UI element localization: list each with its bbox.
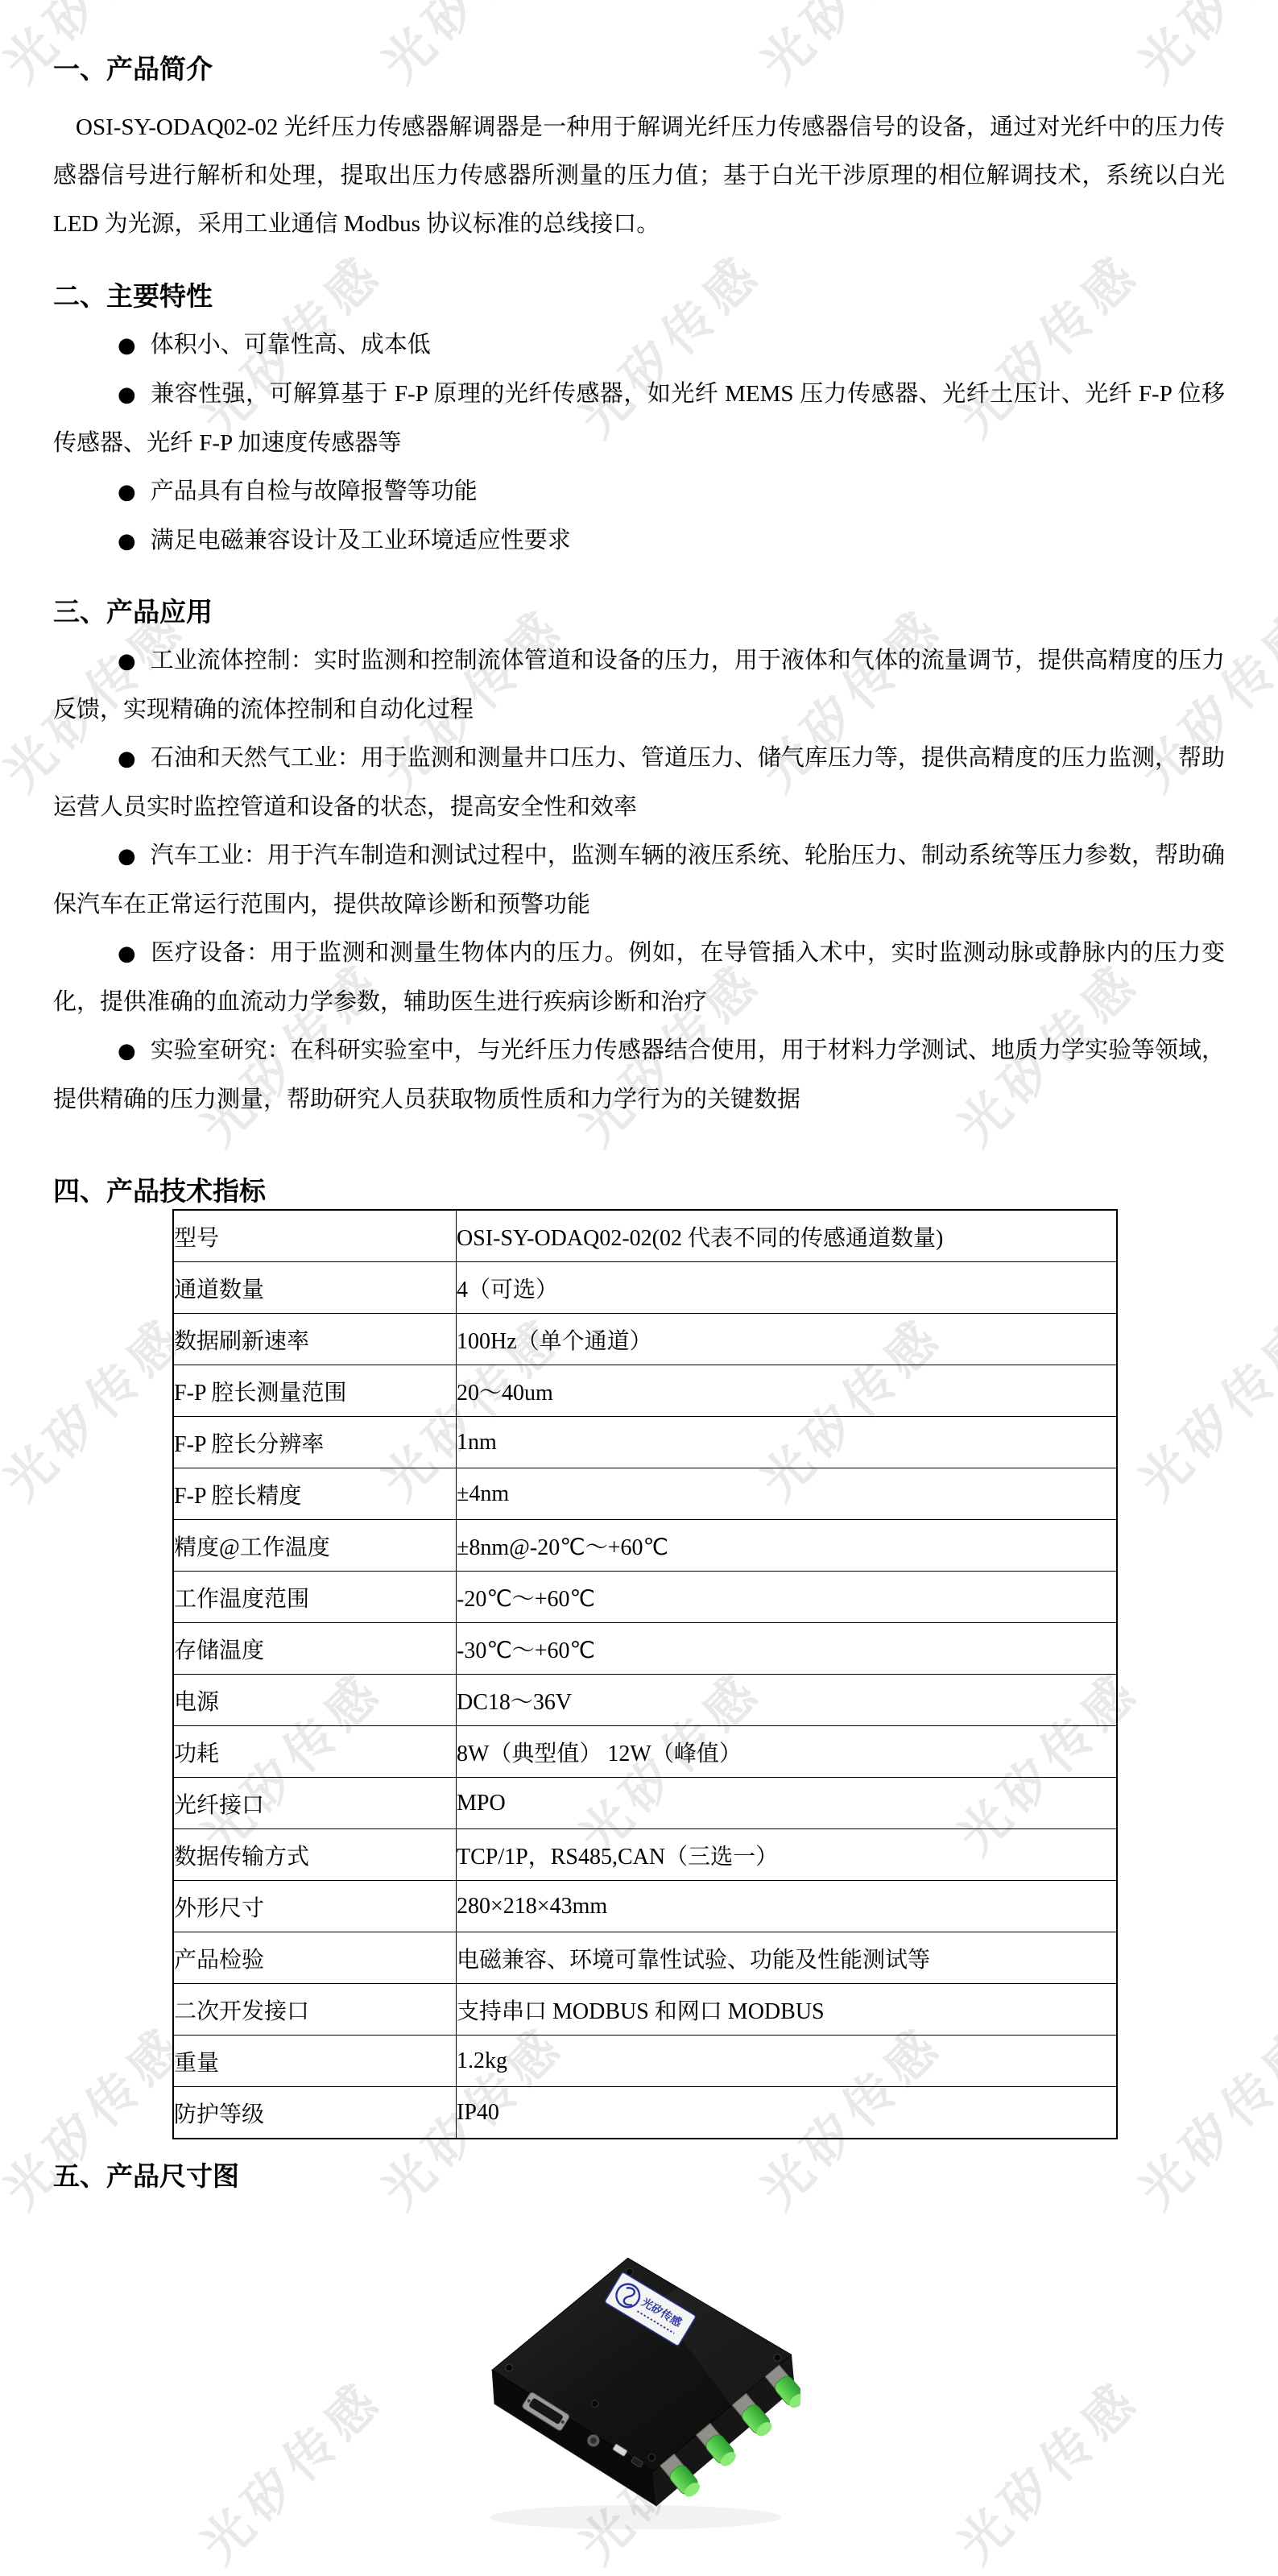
spec-value: IP40 — [457, 2087, 1118, 2139]
bullet-icon: ● — [118, 480, 136, 504]
section-heading-applications: 三、产品应用 — [53, 588, 1225, 636]
spec-row: 二次开发接口支持串口 MODBUS 和网口 MODBUS — [173, 1984, 1117, 2036]
spec-row: 存储温度-30℃～+60℃ — [173, 1623, 1117, 1675]
spec-value: ±4nm — [457, 1468, 1118, 1520]
spec-row: 产品检验电磁兼容、环境可靠性试验、功能及性能测试等 — [173, 1932, 1117, 1984]
feature-item: ●产品具有自检与故障报警等功能 — [53, 467, 1225, 516]
spec-row: 工作温度范围-20℃～+60℃ — [173, 1572, 1117, 1623]
application-item-text: 汽车工业：用于汽车制造和测试过程中，监测车辆的液压系统、轮胎压力、制动系统等压力… — [53, 843, 1225, 917]
application-item-text: 医疗设备：用于监测和测量生物体内的压力。例如，在导管插入术中，实时监测动脉或静脉… — [53, 940, 1225, 1015]
spec-value: DC18～36V — [457, 1675, 1118, 1726]
spec-label: 工作温度范围 — [173, 1572, 457, 1623]
bullet-icon: ● — [118, 844, 136, 868]
spec-row: 外形尺寸280×218×43mm — [173, 1881, 1117, 1932]
intro-paragraph: OSI-SY-ODAQ02-02 光纤压力传感器解调器是一种用于解调光纤压力传感… — [53, 103, 1225, 248]
spec-value: 8W（典型值） 12W（峰值） — [457, 1726, 1118, 1778]
application-item: ●汽车工业：用于汽车制造和测试过程中，监测车辆的液压系统、轮胎压力、制动系统等压… — [53, 831, 1225, 929]
spec-value: 280×218×43mm — [457, 1881, 1118, 1932]
feature-item: ●体积小、可靠性高、成本低 — [53, 321, 1225, 370]
bullet-icon: ● — [118, 333, 136, 358]
feature-item-text: 兼容性强，可解算基于 F-P 原理的光纤传感器，如光纤 MEMS 压力传感器、光… — [53, 381, 1225, 456]
document-page: 光矽传感光矽传感光矽传感光矽传感光矽传感光矽传感光矽传感光矽传感光矽传感光矽传感… — [0, 0, 1278, 2576]
spec-row: 电源DC18～36V — [173, 1675, 1117, 1726]
spec-label: 精度@工作温度 — [173, 1520, 457, 1572]
bullet-icon: ● — [118, 942, 136, 966]
feature-item-text: 体积小、可靠性高、成本低 — [151, 332, 431, 358]
spec-label: 数据刷新速率 — [173, 1314, 457, 1365]
spec-label: 外形尺寸 — [173, 1881, 457, 1932]
spec-row: 数据传输方式TCP/1P，RS485,CAN（三选一） — [173, 1829, 1117, 1881]
spec-label: 防护等级 — [173, 2087, 457, 2139]
spec-label: 存储温度 — [173, 1623, 457, 1675]
section-heading-intro: 一、产品简介 — [53, 45, 1225, 93]
spec-row: 功耗8W（典型值） 12W（峰值） — [173, 1726, 1117, 1778]
spec-label: 电源 — [173, 1675, 457, 1726]
spec-row: 数据刷新速率100Hz（单个通道） — [173, 1314, 1117, 1365]
application-item: ●实验室研究：在科研实验室中，与光纤压力传感器结合使用，用于材料力学测试、地质力… — [53, 1026, 1225, 1124]
spec-value: 电磁兼容、环境可靠性试验、功能及性能测试等 — [457, 1932, 1118, 1984]
spec-label: 二次开发接口 — [173, 1984, 457, 2036]
feature-item-text: 产品具有自检与故障报警等功能 — [151, 478, 478, 504]
application-item: ●石油和天然气工业：用于监测和测量井口压力、管道压力、储气库压力等，提供高精度的… — [53, 734, 1225, 831]
spec-row: 精度@工作温度±8nm@-20℃～+60℃ — [173, 1520, 1117, 1572]
spec-row: F-P 腔长分辨率1nm — [173, 1417, 1117, 1468]
spec-label: 产品检验 — [173, 1932, 457, 1984]
bullet-icon: ● — [118, 1039, 136, 1063]
spec-value: ±8nm@-20℃～+60℃ — [457, 1520, 1118, 1572]
application-item: ●医疗设备：用于监测和测量生物体内的压力。例如，在导管插入术中，实时监测动脉或静… — [53, 929, 1225, 1026]
spec-label: F-P 腔长测量范围 — [173, 1365, 457, 1417]
section-heading-features: 二、主要特性 — [53, 272, 1225, 321]
spec-row: 光纤接口MPO — [173, 1778, 1117, 1829]
spec-label: 型号 — [173, 1210, 457, 1262]
spec-value: 1.2kg — [457, 2036, 1118, 2087]
spec-row: 重量1.2kg — [173, 2036, 1117, 2087]
spec-value: TCP/1P，RS485,CAN（三选一） — [457, 1829, 1118, 1881]
spec-label: 通道数量 — [173, 1262, 457, 1314]
spec-table: 型号OSI-SY-ODAQ02-02(02 代表不同的传感通道数量) 通道数量4… — [172, 1209, 1118, 2139]
spec-row: 型号OSI-SY-ODAQ02-02(02 代表不同的传感通道数量) — [173, 1210, 1117, 1262]
spec-value: MPO — [457, 1778, 1118, 1829]
feature-item: ●满足电磁兼容设计及工业环境适应性要求 — [53, 516, 1225, 565]
spec-label: 数据传输方式 — [173, 1829, 457, 1881]
spec-label: 重量 — [173, 2036, 457, 2087]
spec-label: 光纤接口 — [173, 1778, 457, 1829]
feature-item-text: 满足电磁兼容设计及工业环境适应性要求 — [151, 528, 571, 553]
spec-label: 功耗 — [173, 1726, 457, 1778]
spec-row: F-P 腔长精度±4nm — [173, 1468, 1117, 1520]
product-photo: 光矽传感 — [478, 2238, 800, 2544]
spec-value: 100Hz（单个通道） — [457, 1314, 1118, 1365]
spec-value: 20～40um — [457, 1365, 1118, 1417]
power-knob — [587, 2434, 599, 2446]
spec-row: F-P 腔长测量范围20～40um — [173, 1365, 1117, 1417]
spec-row: 防护等级IP40 — [173, 2087, 1117, 2139]
device-shadow — [490, 2505, 781, 2529]
application-item-text: 工业流体控制：实时监测和控制流体管道和设备的压力，用于液体和气体的流量调节，提供… — [53, 648, 1225, 723]
bullet-icon: ● — [118, 747, 136, 771]
application-item-text: 实验室研究：在科研实验室中，与光纤压力传感器结合使用，用于材料力学测试、地质力学… — [53, 1037, 1225, 1112]
spec-label: F-P 腔长分辨率 — [173, 1417, 457, 1468]
document-content: 一、产品简介 OSI-SY-ODAQ02-02 光纤压力传感器解调器是一种用于解… — [0, 0, 1278, 2544]
feature-item: ●兼容性强，可解算基于 F-P 原理的光纤传感器，如光纤 MEMS 压力传感器、… — [53, 370, 1225, 467]
bullet-icon: ● — [118, 383, 136, 407]
spec-label: F-P 腔长精度 — [173, 1468, 457, 1520]
application-item: ●工业流体控制：实时监测和控制流体管道和设备的压力，用于液体和气体的流量调节，提… — [53, 636, 1225, 734]
application-item-text: 石油和天然气工业：用于监测和测量井口压力、管道压力、储气库压力等，提供高精度的压… — [53, 745, 1225, 820]
bullet-icon: ● — [118, 529, 136, 553]
spec-value: 4（可选） — [457, 1262, 1118, 1314]
spec-row: 通道数量4（可选） — [173, 1262, 1117, 1314]
spec-value: -20℃～+60℃ — [457, 1572, 1118, 1623]
device-illustration: 光矽传感 — [478, 2238, 800, 2544]
bullet-icon: ● — [118, 649, 136, 673]
section-heading-specs: 四、产品技术指标 — [53, 1167, 1225, 1216]
spec-value: -30℃～+60℃ — [457, 1623, 1118, 1675]
spec-value: OSI-SY-ODAQ02-02(02 代表不同的传感通道数量) — [457, 1210, 1118, 1262]
spec-value: 1nm — [457, 1417, 1118, 1468]
section-heading-dimensions: 五、产品尺寸图 — [53, 2152, 1225, 2201]
spec-value: 支持串口 MODBUS 和网口 MODBUS — [457, 1984, 1118, 2036]
